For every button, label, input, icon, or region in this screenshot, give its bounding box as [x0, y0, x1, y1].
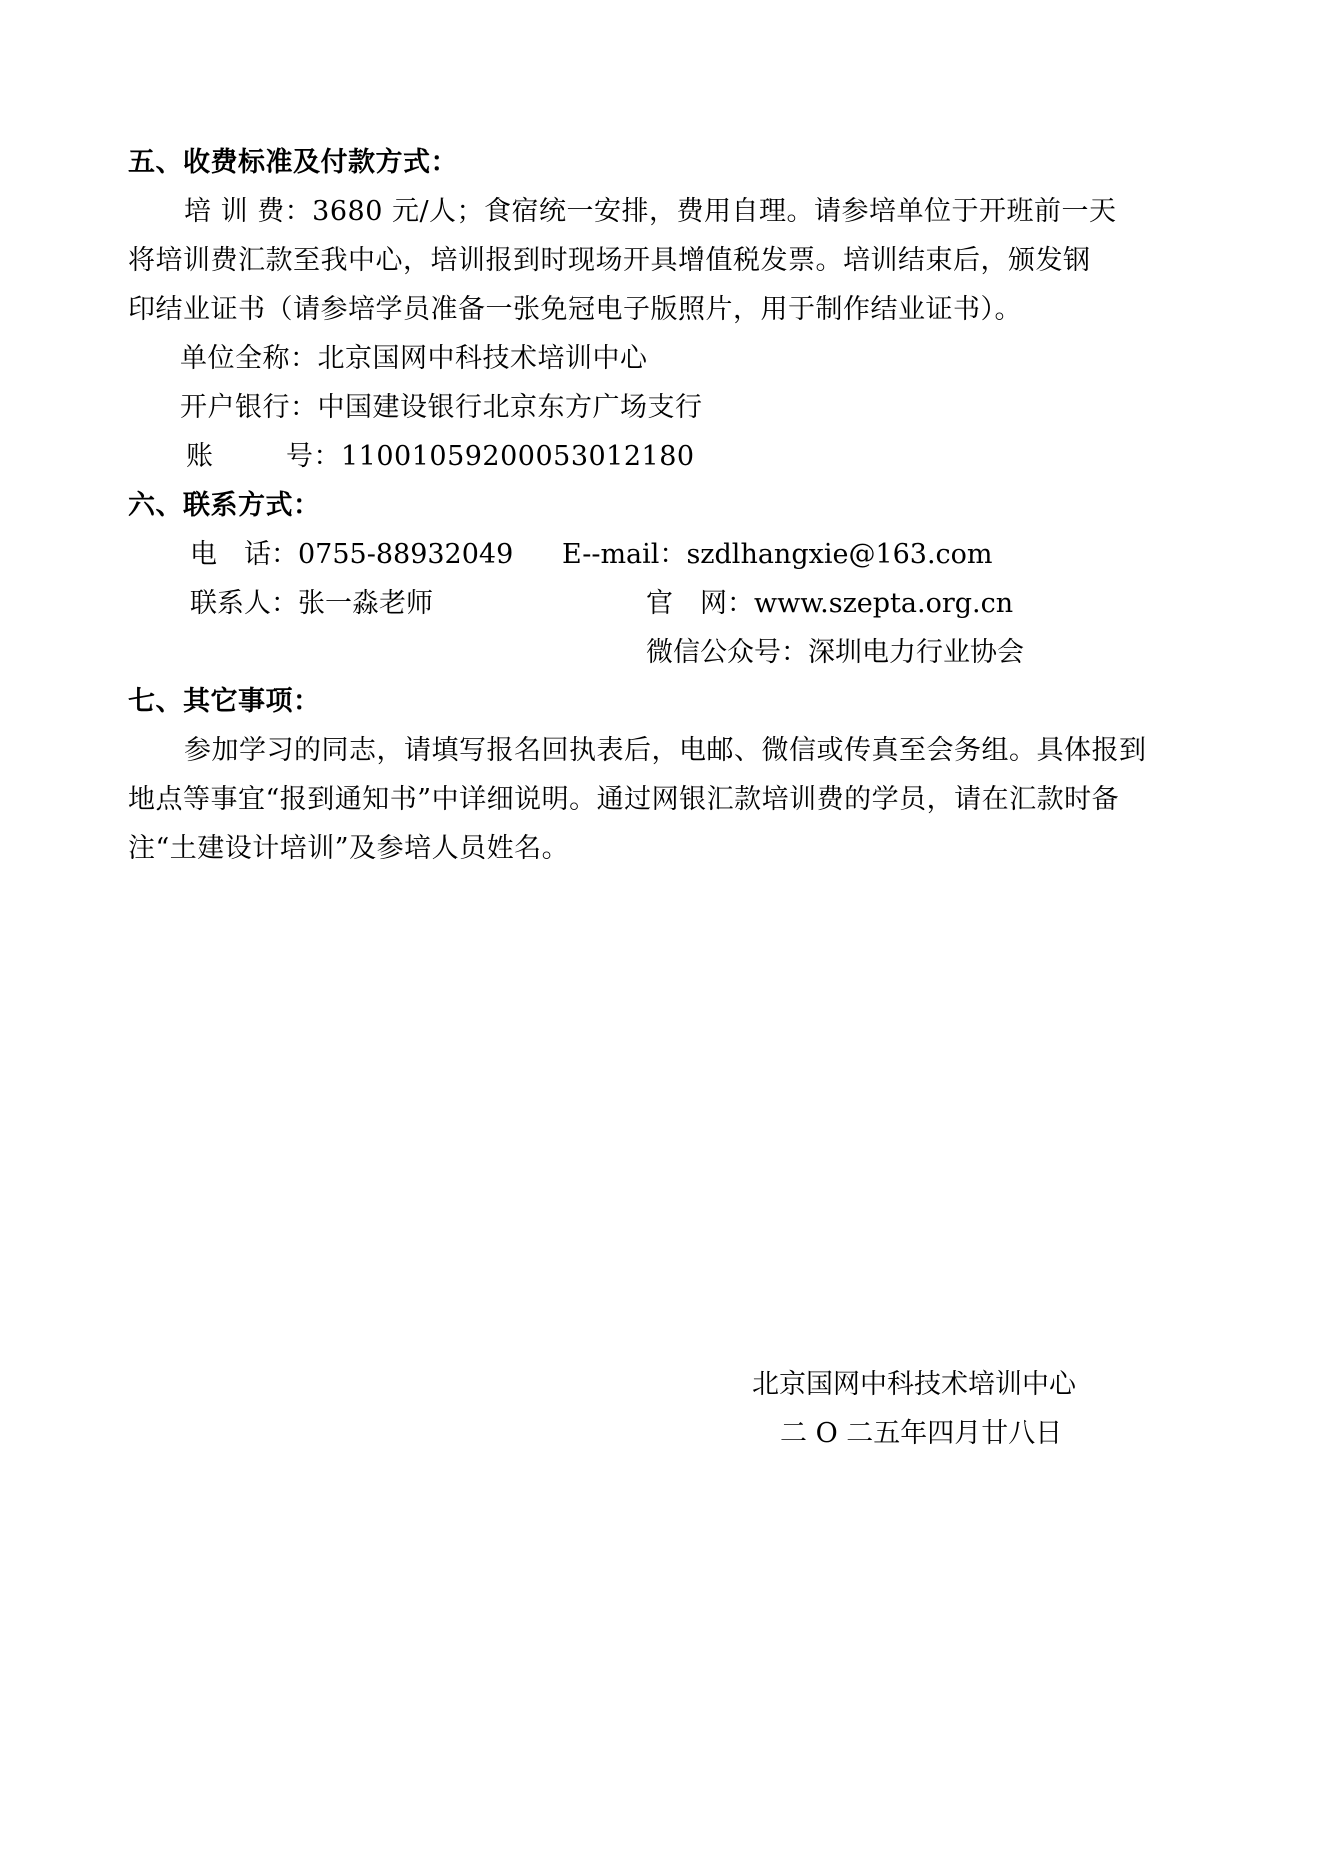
website-cell: 官 网：www.szepta.org.cn — [646, 579, 1013, 628]
other-paragraph-line-2: 地点等事宜“报到通知书”中详细说明。通过网银汇款培训费的学员，请在汇款时备 — [128, 775, 1228, 824]
account-number-label-part2: 号： — [286, 441, 341, 472]
account-name-row: 单位全称：北京国网中科技术培训中心 — [128, 334, 1228, 383]
document-page: 五、收费标准及付款方式： 培 训 费：3680 元/人；食宿统一安排，费用自理。… — [128, 138, 1228, 873]
wechat-label: 微信公众号： — [646, 637, 808, 668]
person-value: 张一淼老师 — [298, 588, 433, 619]
other-paragraph-line-3: 注“土建设计培训”及参培人员姓名。 — [128, 824, 1228, 873]
email-label: E--mail： — [562, 539, 686, 570]
website-value[interactable]: www.szepta.org.cn — [754, 588, 1013, 619]
section-heading-other: 七、其它事项： — [128, 677, 1228, 726]
person-website-row: 联系人：张一淼老师 官 网：www.szepta.org.cn — [128, 579, 1228, 628]
phone-email-row: 电 话：0755-88932049 E--mail：szdlhangxie@16… — [128, 530, 1228, 579]
account-number-row: 账号：11001059200053012180 — [128, 432, 1228, 481]
phone-label: 电 话： — [190, 539, 298, 570]
signature-block: 北京国网中科技术培训中心 二 O 二五年四月廿八日 — [752, 1360, 1076, 1458]
wechat-row: 微信公众号：深圳电力行业协会 — [128, 628, 1228, 677]
email-cell: E--mail：szdlhangxie@163.com — [562, 530, 993, 579]
bank-label: 开户银行： — [180, 392, 318, 423]
other-paragraph-line-1: 参加学习的同志，请填写报名回执表后，电邮、微信或传真至会务组。具体报到 — [128, 726, 1228, 775]
bank-value: 中国建设银行北京东方广场支行 — [318, 392, 703, 423]
account-name-value: 北京国网中科技术培训中心 — [318, 343, 648, 374]
signature-date: 二 O 二五年四月廿八日 — [752, 1409, 1076, 1458]
account-name-label: 单位全称： — [180, 343, 318, 374]
person-cell: 联系人：张一淼老师 — [128, 579, 646, 628]
phone-cell: 电 话：0755-88932049 — [128, 530, 562, 579]
section-heading-fees: 五、收费标准及付款方式： — [128, 138, 1228, 187]
person-label: 联系人： — [190, 588, 298, 619]
section-heading-contact: 六、联系方式： — [128, 481, 1228, 530]
account-number-label-part1: 账 — [186, 432, 286, 481]
fee-paragraph-line-1: 培 训 费：3680 元/人；食宿统一安排，费用自理。请参培单位于开班前一天 — [128, 187, 1228, 236]
wechat-value: 深圳电力行业协会 — [808, 637, 1024, 668]
fee-paragraph-line-3: 印结业证书（请参培学员准备一张免冠电子版照片，用于制作结业证书）。 — [128, 285, 1228, 334]
account-number-value: 11001059200053012180 — [341, 441, 695, 472]
website-label: 官 网： — [646, 588, 754, 619]
email-value[interactable]: szdlhangxie@163.com — [686, 539, 992, 570]
bank-row: 开户银行：中国建设银行北京东方广场支行 — [128, 383, 1228, 432]
signature-organization: 北京国网中科技术培训中心 — [752, 1360, 1076, 1409]
wechat-cell: 微信公众号：深圳电力行业协会 — [128, 628, 1024, 677]
fee-paragraph-line-2: 将培训费汇款至我中心，培训报到时现场开具增值税发票。培训结束后，颁发钢 — [128, 236, 1228, 285]
phone-value: 0755-88932049 — [298, 539, 513, 570]
